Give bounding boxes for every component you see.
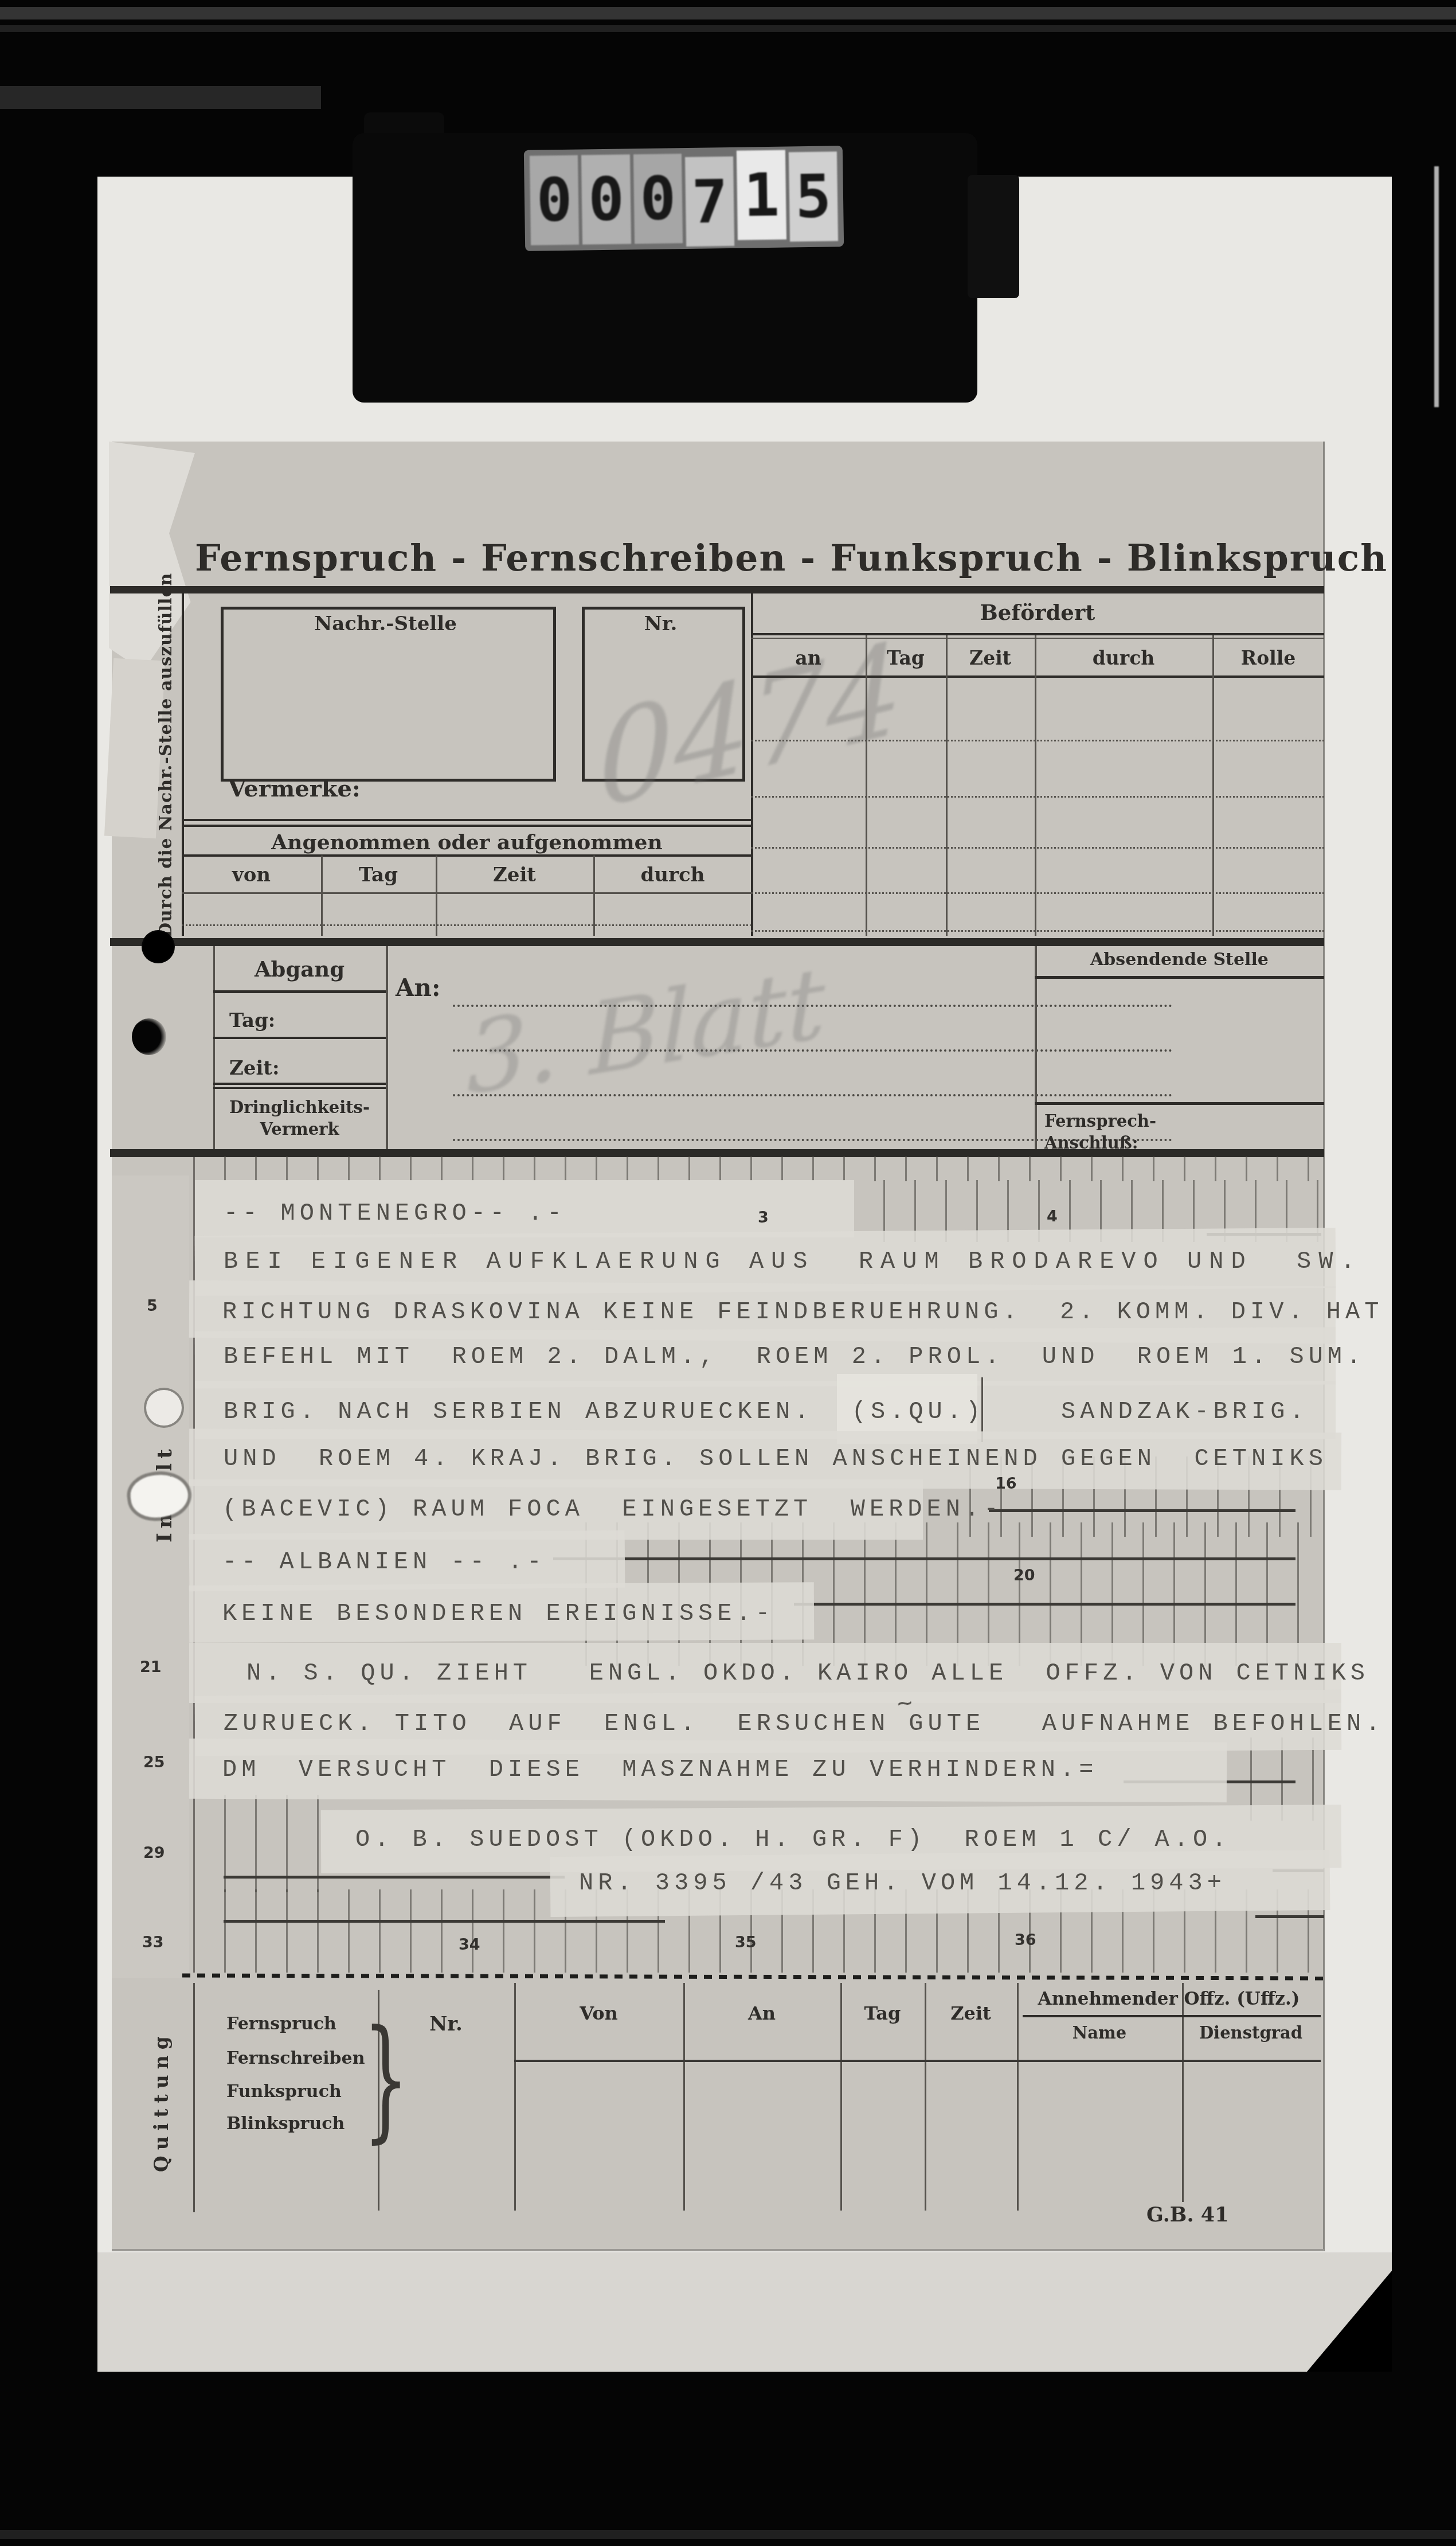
dotted-row — [751, 847, 1324, 849]
col-line — [321, 856, 323, 936]
grid-number: 4 — [1047, 1208, 1058, 1225]
grid-number: 5 — [147, 1297, 158, 1315]
message-line: -- ALBANIEN -- .- — [222, 1548, 546, 1576]
befoerdert-col-durch: durch — [1035, 647, 1212, 669]
counter-digit-window: 0 0 0 7 1 5 — [524, 146, 844, 251]
row-line — [182, 892, 752, 894]
grid-number: 34 — [459, 1936, 480, 1954]
rule — [213, 1083, 386, 1085]
message-line: O. B. SUEDOST (OKDO. H. GR. F) ROEM 1 C/… — [355, 1826, 1231, 1853]
rule — [213, 1087, 386, 1089]
drawn-rule — [1255, 1915, 1324, 1918]
col-line — [1035, 635, 1036, 936]
rule — [751, 633, 1324, 635]
film-streak — [0, 25, 1456, 32]
annehmender-label: Annehmender Offz. (Uffz.) — [1017, 1989, 1321, 2009]
message-line: BEI EIGENER AUFKLAERUNG AUS RAUM BRODARE… — [224, 1248, 1363, 1275]
quittung-col-tag: Tag — [840, 2002, 925, 2024]
nr-label: Nr. — [582, 612, 739, 635]
quittung-left-border — [193, 1983, 195, 2212]
abgang-zeit-label: Zeit: — [229, 1057, 280, 1080]
dotted-row — [751, 892, 1324, 894]
dringlichkeit-label-2: Vermerk — [213, 1119, 386, 1139]
drawn-rule — [989, 1509, 1295, 1512]
backing-sheet-lower — [97, 2252, 1392, 2372]
dringlichkeit-label: Dringlichkeits- — [213, 1098, 386, 1117]
message-line: (BACEVIC) RAUM FOCA EINGESETZT WERDEN.- — [222, 1495, 1003, 1523]
befoerdert-left-border — [751, 592, 753, 936]
angenommen-title: Angenommen oder aufgenommen — [182, 830, 752, 854]
counter-digit: 7 — [685, 157, 734, 247]
hole-punch — [146, 1390, 182, 1426]
rule — [213, 1037, 386, 1039]
dotted-row — [751, 796, 1324, 798]
quittung-col-an: An — [683, 2002, 840, 2024]
quittung-type-fernspruch: Fernspruch — [226, 2014, 336, 2034]
form-footer-code: G.B. 41 — [1146, 2203, 1229, 2227]
gute-diacritic-mark: ~ — [895, 1689, 919, 1721]
rule — [1035, 1102, 1324, 1105]
film-streak — [0, 86, 321, 109]
name-label: Name — [1017, 2023, 1182, 2043]
absendende-stelle-label: Absendende Stelle — [1035, 950, 1324, 970]
grid-number: 16 — [995, 1475, 1017, 1493]
film-streak — [0, 2530, 1456, 2539]
rule — [1035, 976, 1324, 979]
hole-punch — [132, 1018, 166, 1055]
paper-bottom-edge — [112, 2249, 1324, 2251]
befoerdert-col-an: an — [751, 647, 866, 669]
col-line — [593, 856, 595, 936]
col-line — [1212, 635, 1214, 936]
margin-label-top: Durch die Nachr.-Stelle auszufüllen — [156, 591, 176, 938]
grid-number: 3 — [758, 1209, 769, 1227]
message-line: BRIG. NACH SERBIEN ABZURUECKEN. (S.QU.) … — [224, 1398, 1309, 1426]
befoerdert-col-zeit: Zeit — [946, 647, 1035, 669]
abgang-tag-label: Tag: — [229, 1009, 275, 1032]
quittung-nr-label: Nr. — [378, 2013, 514, 2036]
col-line — [436, 856, 437, 936]
befoerdert-col-tag: Tag — [866, 647, 946, 669]
grid-number: 29 — [143, 1844, 165, 1862]
title-rule — [110, 586, 1324, 593]
befoerdert-title: Befördert — [751, 600, 1324, 625]
an-label: An: — [396, 974, 441, 1002]
drawn-rule — [794, 1603, 1295, 1606]
quittung-col-zeit: Zeit — [925, 2002, 1017, 2024]
grid-number: 35 — [735, 1934, 757, 1951]
counter-digit: 5 — [789, 151, 838, 241]
message-line: -- MONTENEGRO-- .- — [224, 1200, 566, 1227]
hole-punch — [142, 930, 175, 963]
double-rule — [182, 819, 752, 821]
dotted-row — [182, 924, 752, 926]
dotted-row — [751, 740, 1324, 741]
grid-number: 25 — [143, 1754, 165, 1771]
angenommen-col-zeit: Zeit — [436, 864, 593, 887]
angenommen-col-tag: Tag — [321, 864, 436, 887]
counter-digit: 0 — [581, 154, 631, 244]
section-rule — [110, 938, 1324, 946]
grid-lines — [195, 1156, 1324, 1181]
message-line: BEFEHL MIT ROEM 2. DALM., ROEM 2. PROL. … — [224, 1343, 1365, 1370]
grid-number: 20 — [1013, 1567, 1035, 1584]
drawn-rule — [224, 1920, 665, 1923]
film-streak — [1434, 166, 1439, 407]
dotted-row — [751, 930, 1324, 932]
grid-number: 33 — [142, 1934, 164, 1951]
message-line: NR. 3395 /43 GEH. VOM 14.12. 1943+ — [579, 1869, 1226, 1897]
angenommen-col-von: von — [182, 864, 321, 887]
fernsprech-label: Fernsprech- — [1044, 1111, 1156, 1131]
microfilm-frame: 0 0 0 7 1 5 Fernspruch - Fernschreiben -… — [0, 0, 1456, 2546]
message-line: KEINE BESONDEREN EREIGNISSE.- — [222, 1600, 774, 1627]
quittung-type-blinkspruch: Blinkspruch — [226, 2114, 345, 2134]
vermerke-label: Vermerke: — [228, 775, 361, 802]
drawn-rule — [553, 1557, 1295, 1560]
counter-digit: 0 — [633, 154, 683, 244]
message-line: ZURUECK. TITO AUF ENGL. ERSUCHEN GUTE AU… — [224, 1710, 1384, 1737]
grid-number: 21 — [140, 1658, 162, 1676]
margin-label-quittung: Quittung — [150, 2004, 173, 2199]
quittung-type-fernschreiben: Fernschreiben — [226, 2048, 365, 2068]
message-line: N. S. QU. ZIEHT ENGL. OKDO. KAIRO ALLE O… — [246, 1659, 1369, 1687]
film-streak — [0, 7, 1456, 19]
double-rule — [182, 825, 752, 827]
drawn-rule — [224, 1876, 565, 1879]
abgang-divider — [386, 946, 388, 1149]
counter-side-lever — [968, 175, 1019, 298]
rule — [182, 854, 752, 857]
nachr-stelle-label: Nachr.-Stelle — [221, 612, 550, 635]
message-line: RICHTUNG DRASKOVINA KEINE FEINDBERUEHRUN… — [222, 1298, 1383, 1326]
rule — [751, 675, 1324, 678]
message-line: UND ROEM 4. KRAJ. BRIG. SOLLEN ANSCHEINE… — [224, 1445, 1328, 1473]
quittung-col-von: Von — [514, 2002, 683, 2024]
counter-digit: 0 — [530, 155, 579, 245]
befoerdert-col-rolle: Rolle — [1212, 647, 1324, 669]
rule — [213, 990, 386, 993]
abgang-label: Abgang — [213, 956, 386, 982]
quittung-type-funkspruch: Funkspruch — [226, 2082, 342, 2102]
col-line — [1017, 1983, 1019, 2211]
dienstgrad-label: Dienstgrad — [1182, 2023, 1320, 2043]
rule — [514, 2060, 1321, 2062]
form-title: Fernspruch - Fernschreiben - Funkspruch … — [195, 537, 1307, 579]
rule — [1023, 2015, 1321, 2017]
counter-digit: 1 — [737, 150, 786, 240]
col-line — [866, 635, 867, 936]
rule — [751, 638, 1324, 639]
grid-number: 36 — [1015, 1931, 1036, 1949]
message-line: DM VERSUCHT DIESE MASZNAHME ZU VERHINDER… — [222, 1756, 1098, 1783]
angenommen-col-durch: durch — [593, 864, 752, 887]
col-line — [946, 635, 948, 936]
